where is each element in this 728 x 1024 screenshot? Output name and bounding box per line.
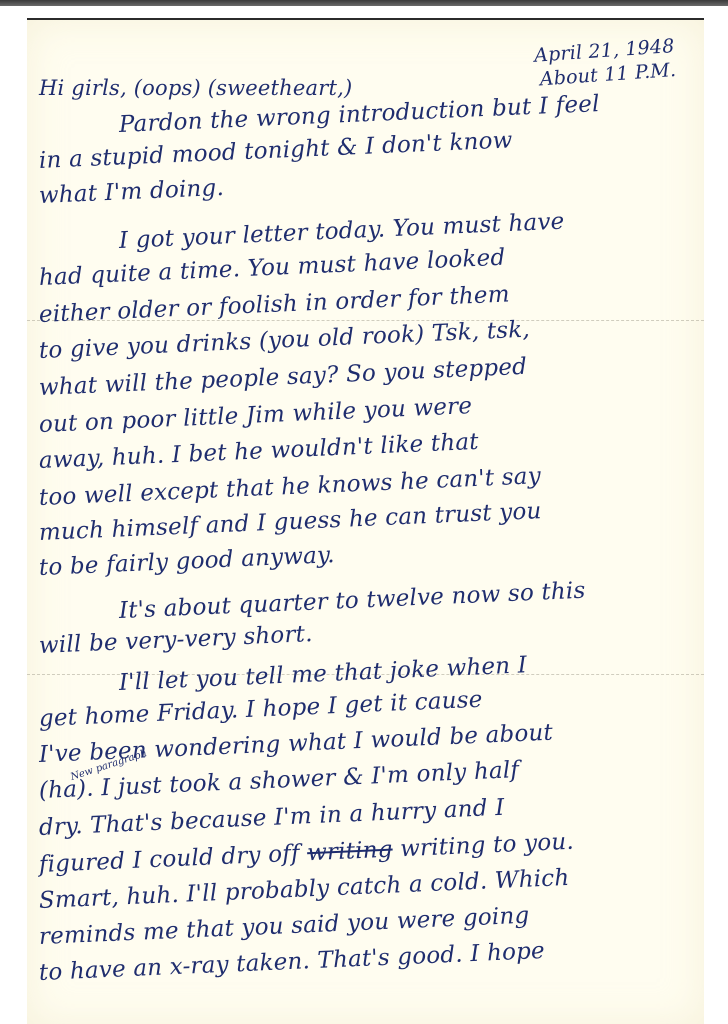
letter-line: away, huh. I bet he wouldn't like that — [38, 429, 479, 474]
letter-date: April 21, 1948 About 11 P.M. — [534, 34, 678, 92]
scanner-edge — [0, 0, 728, 6]
letter-line: It's about quarter to twelve now so this — [118, 578, 586, 624]
letter-line: will be very-very short. — [38, 621, 313, 659]
letter-line: to be fairly good anyway. — [38, 542, 335, 581]
letter-line: what I'm doing. — [38, 175, 224, 209]
salutation: Hi girls, (oops) (sweetheart,) — [39, 76, 352, 100]
letter-line: in a stupid mood tonight & I don't know — [38, 127, 513, 174]
letter-page: April 21, 1948 About 11 P.M. Hi girls, (… — [27, 18, 704, 1024]
struck-word: writing — [307, 837, 394, 867]
